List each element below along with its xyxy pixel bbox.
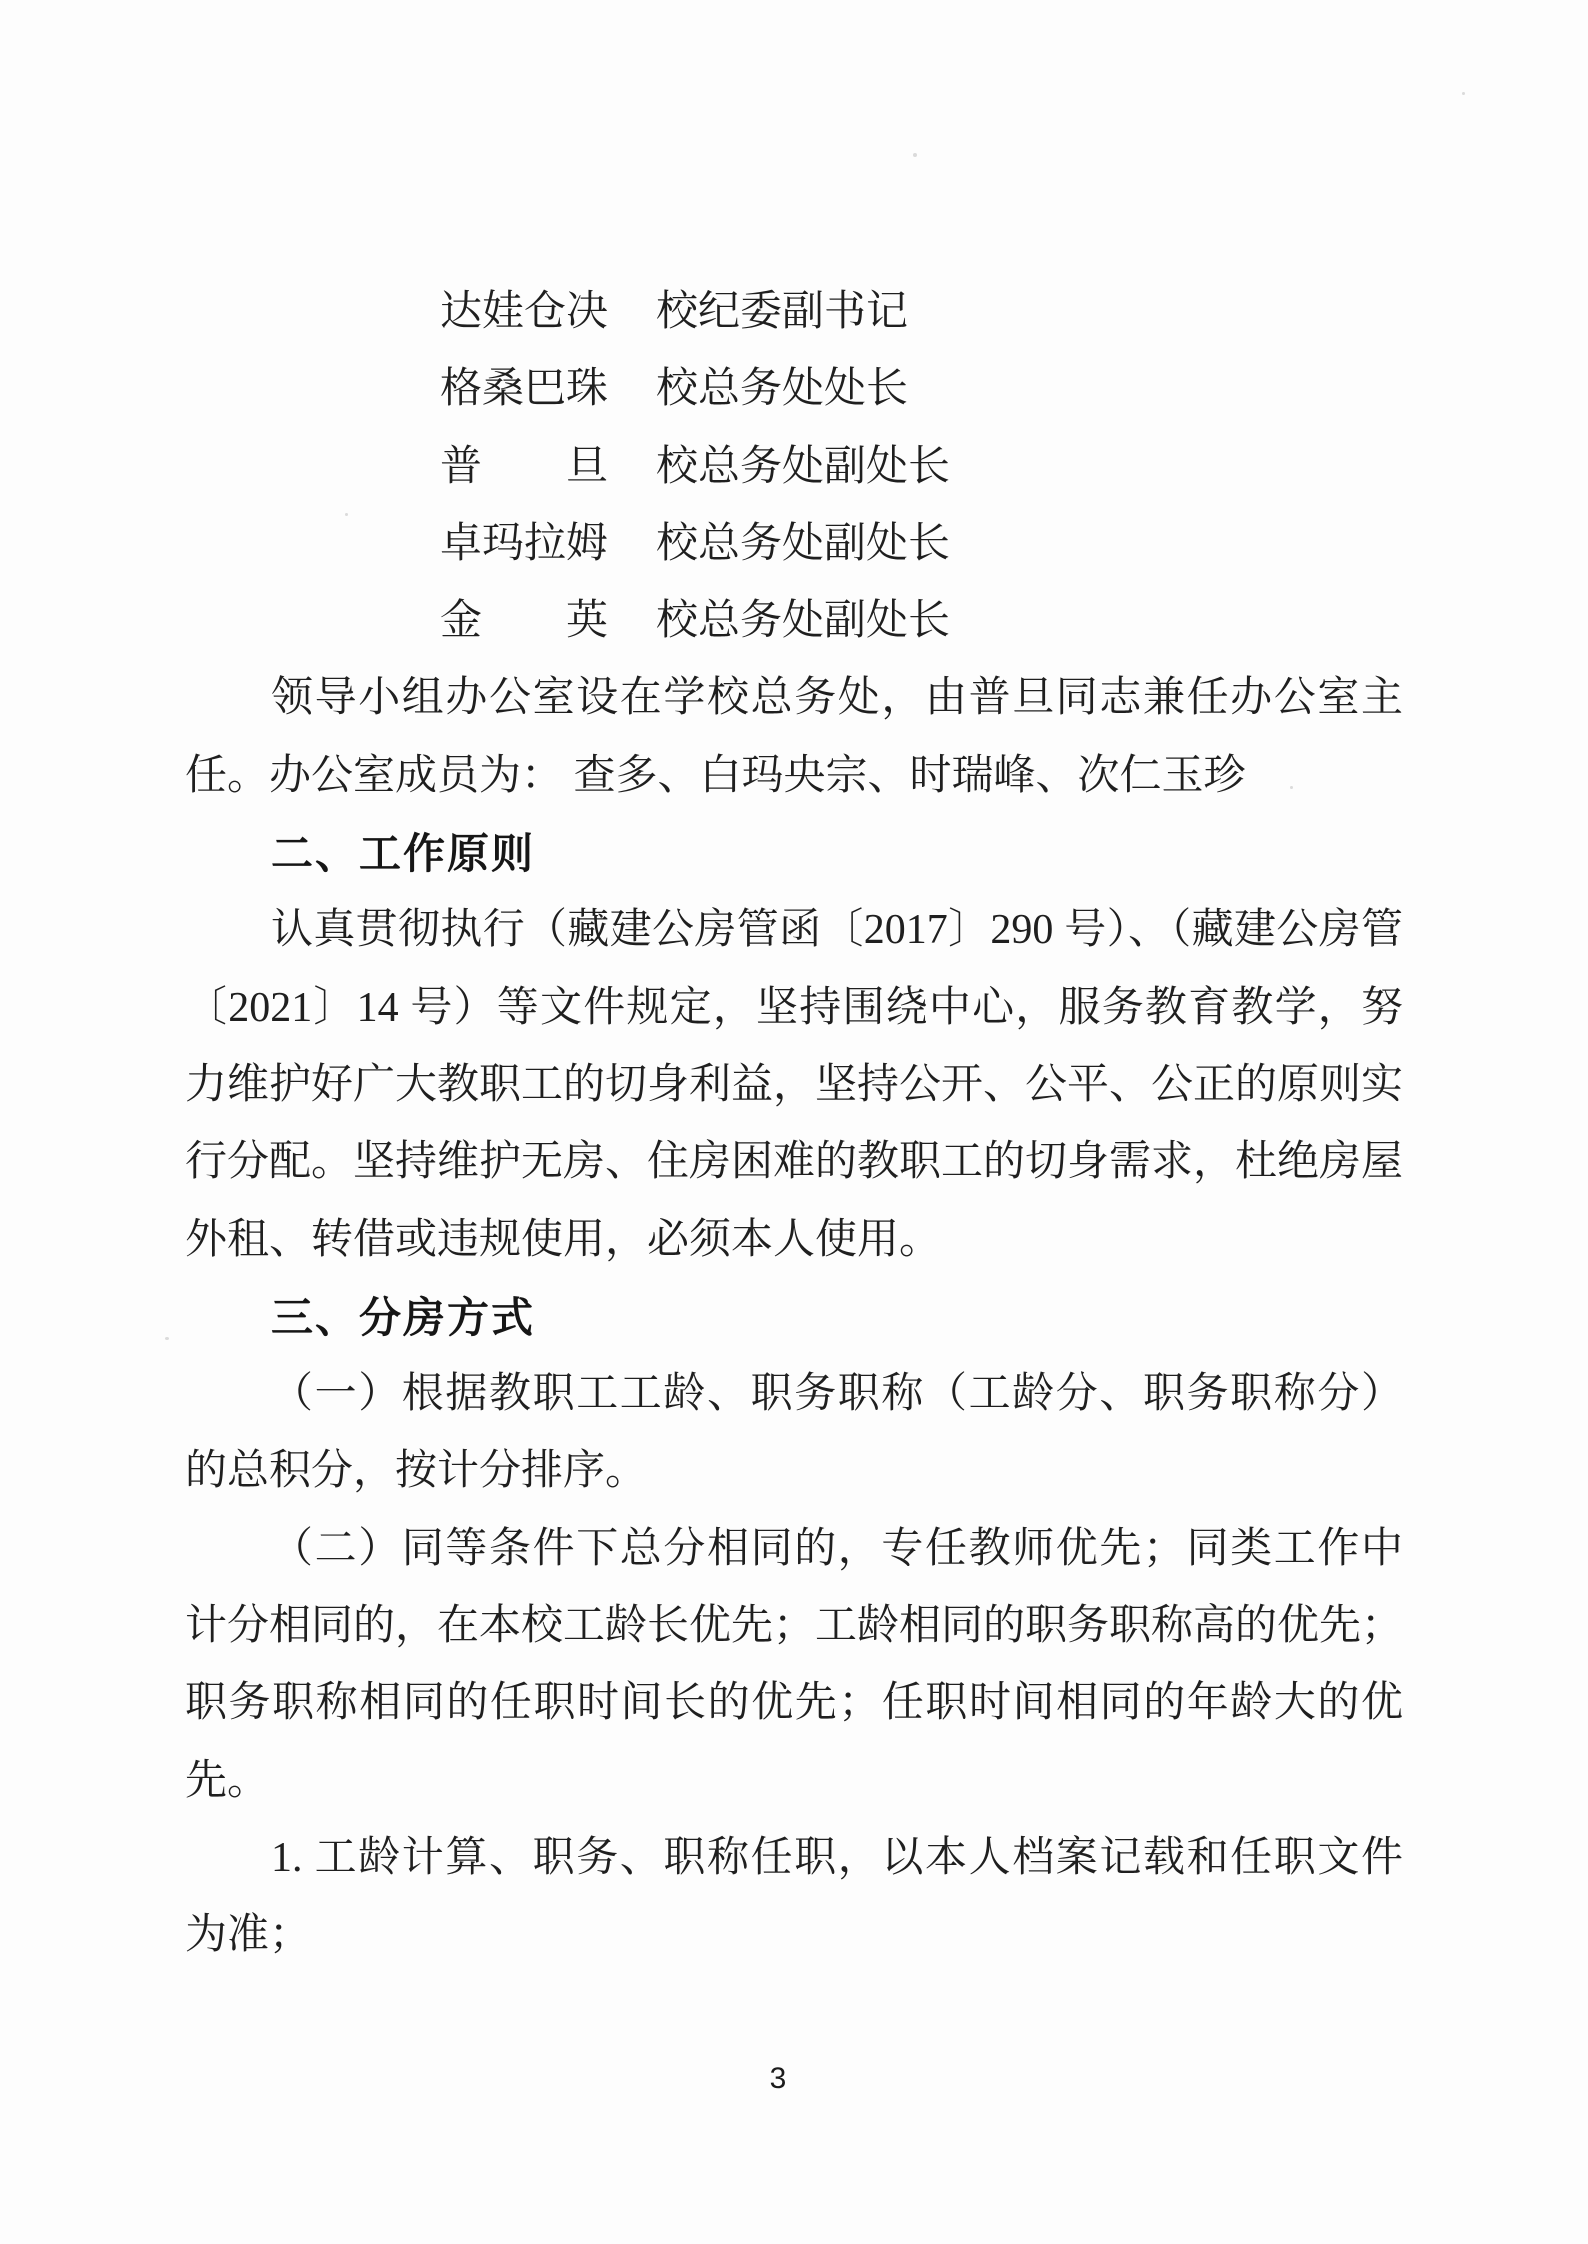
roster-row: 卓玛拉姆 校总务处副处长 (185, 506, 1403, 583)
roster-row: 达娃仓决 校纪委副书记 (185, 274, 1403, 351)
roster-row: 金 英 校总务处副处长 (185, 583, 1403, 660)
document-body: 达娃仓决 校纪委副书记 格桑巴珠 校总务处处长 普 旦 校总务处副处长 卓玛拉姆… (185, 274, 1403, 1975)
roster-title: 校总务处处长 (656, 351, 908, 428)
paragraph-work-principles: 认真贯彻执行（藏建公房管函〔2017〕290 号）、（藏建公房管〔2021〕14… (185, 892, 1403, 1278)
roster-name: 金 英 (440, 583, 612, 660)
scan-speck (1462, 92, 1465, 95)
paragraph-method-1: （一）根据教职工工龄、职务职称（工龄分、职务职称分）的总积分，按计分排序。 (185, 1356, 1403, 1511)
roster-name: 格桑巴珠 (440, 351, 612, 428)
roster-name: 达娃仓决 (440, 274, 612, 351)
section-heading-allocation-method: 三、分房方式 (185, 1279, 1403, 1356)
roster-title: 校总务处副处长 (656, 583, 950, 660)
scan-speck (165, 1337, 169, 1340)
paragraph-method-2: （二）同等条件下总分相同的，专任教师优先；同类工作中计分相同的，在本校工龄长优先… (185, 1511, 1403, 1820)
paragraph-method-note-1: 1. 工龄计算、职务、职称任职，以本人档案记载和任职文件为准； (185, 1820, 1403, 1975)
roster-name: 卓玛拉姆 (440, 506, 612, 583)
section-heading-work-principles: 二、工作原则 (185, 815, 1403, 892)
roster-title: 校纪委副书记 (656, 274, 908, 351)
scan-speck (913, 153, 917, 157)
roster-row: 格桑巴珠 校总务处处长 (185, 351, 1403, 428)
roster-row: 普 旦 校总务处副处长 (185, 429, 1403, 506)
paragraph-office-assignment: 领导小组办公室设在学校总务处，由普旦同志兼任办公室主任。办公室成员为： 查多、白… (185, 660, 1403, 815)
page-number: 3 (0, 2062, 1556, 2096)
roster-title: 校总务处副处长 (656, 506, 950, 583)
roster-title: 校总务处副处长 (656, 429, 950, 506)
roster-name: 普 旦 (440, 429, 612, 506)
document-page: 达娃仓决 校纪委副书记 格桑巴珠 校总务处处长 普 旦 校总务处副处长 卓玛拉姆… (0, 0, 1588, 2244)
